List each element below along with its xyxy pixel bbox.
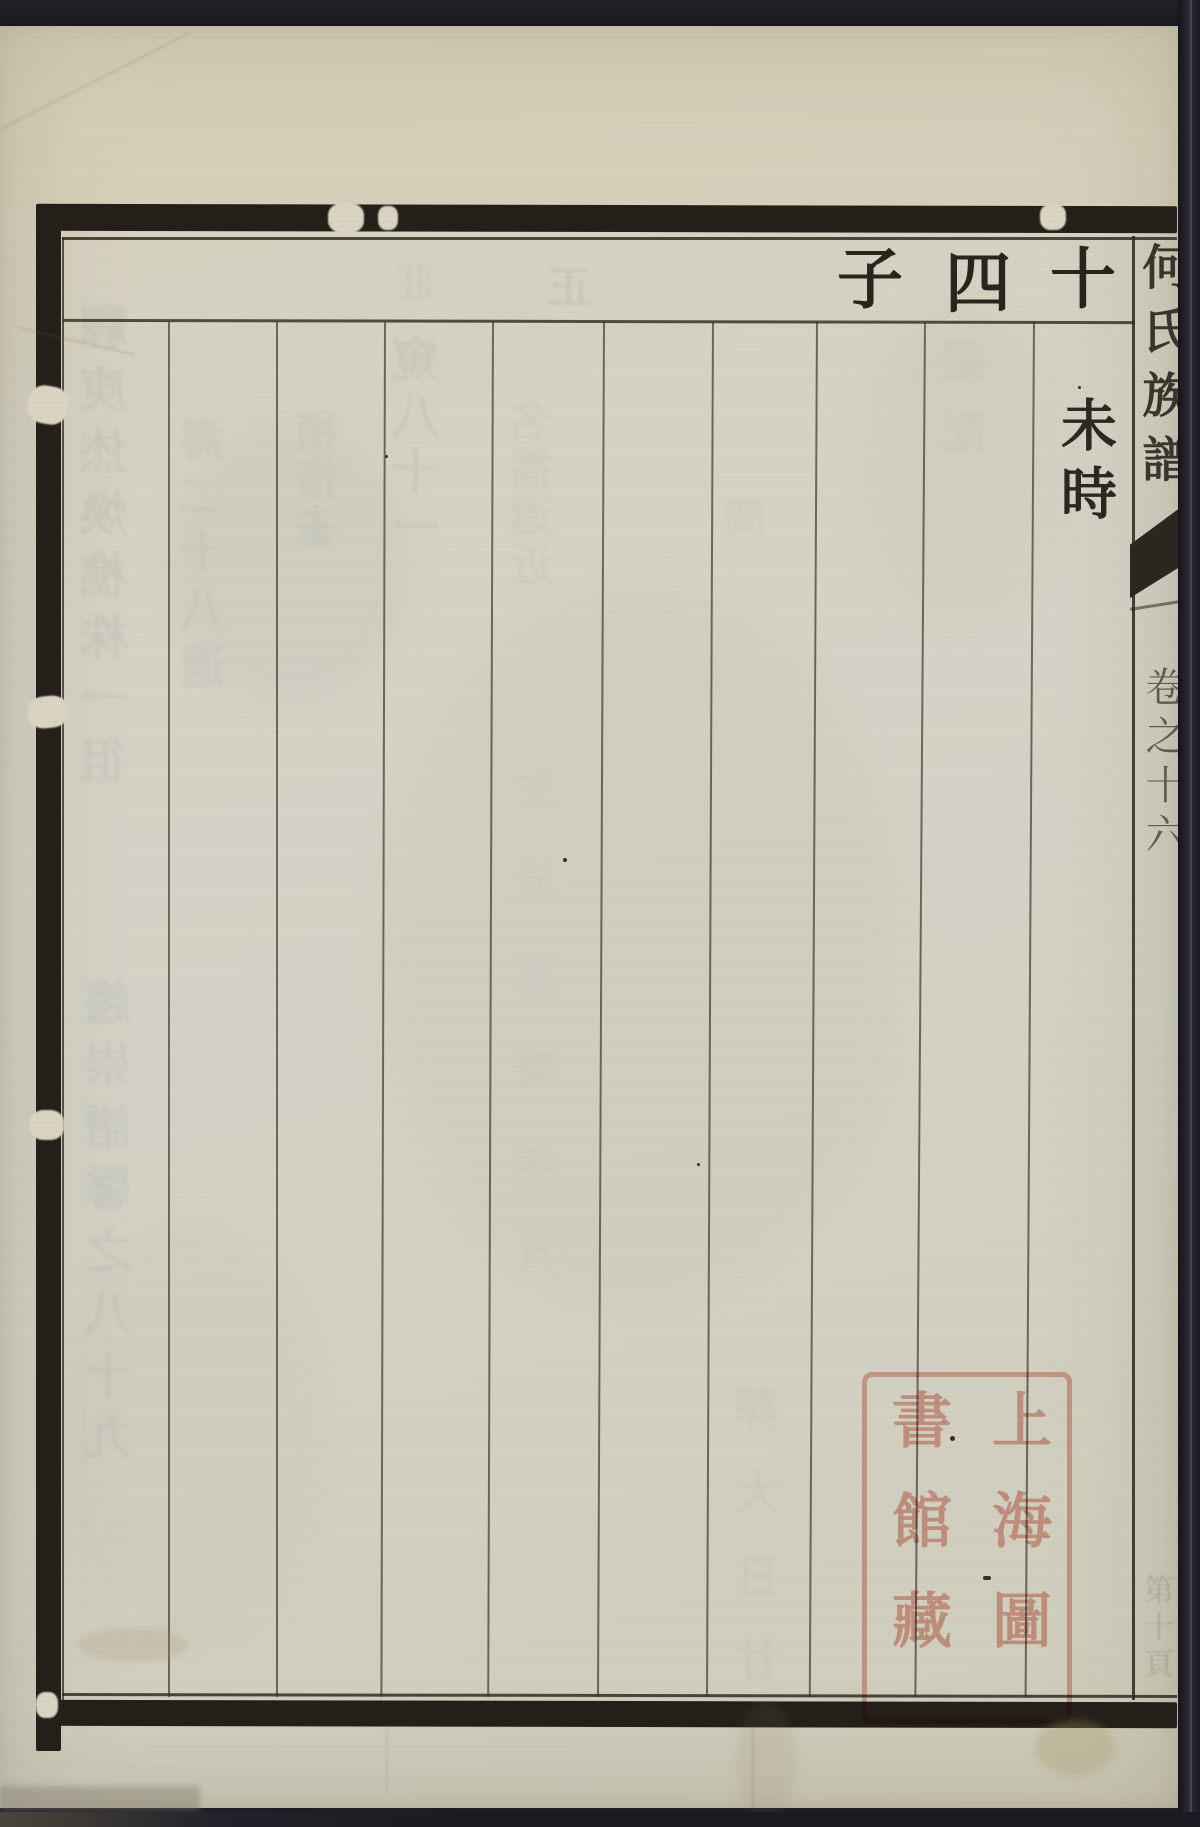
column-divider-line bbox=[276, 322, 278, 1697]
ink-speck bbox=[950, 1436, 955, 1441]
frame-left-border bbox=[36, 205, 61, 1751]
border-damage-chip bbox=[25, 383, 71, 427]
paper-stain bbox=[1035, 1720, 1115, 1775]
ink-speck bbox=[697, 1163, 700, 1166]
paper-crease bbox=[386, 1727, 388, 1793]
border-damage-chip bbox=[328, 203, 364, 233]
ink-speck bbox=[1078, 386, 1081, 389]
ghost-bleedthrough-text: 窺八十一 bbox=[396, 335, 444, 559]
border-damage-chip bbox=[1040, 204, 1066, 230]
ink-speck bbox=[563, 858, 567, 862]
ink-speck bbox=[385, 455, 388, 458]
scanned-genealogy-photo: 驛庾烋煥樵株一徂 趨崇譜馨之八十九 壽二十八適 稍愔雀 窺八十一 莊 正 名播遠… bbox=[0, 0, 1200, 1827]
seal-left-column: 書館藏 bbox=[887, 1389, 947, 1717]
column-divider-line bbox=[168, 322, 170, 1697]
paper-bottom-left-shadow bbox=[0, 1786, 200, 1812]
ghost-bleedthrough-text: 葬大日廿 bbox=[738, 1385, 784, 1721]
body-time-text: 未時 bbox=[1057, 396, 1113, 532]
paper-stain bbox=[736, 1700, 796, 1820]
header-cell-text: 四 bbox=[945, 250, 1011, 316]
border-damage-chip bbox=[30, 1110, 64, 1140]
frame-top-border bbox=[36, 204, 1177, 233]
frame-left-inner-line bbox=[62, 238, 64, 1700]
ghost-bleedthrough-text: 生於嘉慶年月 bbox=[518, 765, 560, 1329]
paper-stain bbox=[78, 1628, 188, 1662]
photo-right-edge bbox=[1178, 0, 1200, 1827]
ghost-bleedthrough-text: 正 bbox=[552, 264, 596, 308]
ghost-bleedthrough-text: 稍愔雀 bbox=[300, 408, 344, 552]
paper-mottle bbox=[380, 584, 900, 1304]
border-damage-chip bbox=[36, 1692, 58, 1718]
ink-speck bbox=[983, 1576, 991, 1580]
paper-top-margin-tint bbox=[0, 24, 1178, 209]
ghost-bleedthrough-text: 名播遠近 bbox=[514, 398, 558, 590]
ghost-bleedthrough-text: 壽二十八適 bbox=[182, 415, 228, 700]
ghost-bleedthrough-text: 驛庾烋煥樵株一徂 bbox=[84, 302, 132, 798]
ghost-bleedthrough-text: 莊 bbox=[398, 262, 438, 302]
ghost-bleedthrough-text: 趨崇譜馨之八十九 bbox=[88, 978, 136, 1474]
page-paper: 驛庾烋煥樵株一徂 趨崇譜馨之八十九 壽二十八適 稍愔雀 窺八十一 莊 正 名播遠… bbox=[0, 24, 1178, 1808]
banxin-page-number-ghost: 第十頁 bbox=[1140, 1574, 1170, 1685]
ghost-bleedthrough-text: 閏 bbox=[726, 496, 768, 538]
border-damage-chip bbox=[378, 206, 398, 230]
library-seal: 上海圖 書館藏 bbox=[862, 1372, 1072, 1724]
ghost-bleedthrough-text: 繼配 bbox=[946, 338, 990, 482]
photo-top-edge bbox=[0, 0, 1200, 26]
photo-bottom-edge bbox=[0, 1812, 1200, 1827]
frame-top-inner-line bbox=[62, 237, 1177, 240]
header-cell-text: 十 bbox=[1050, 246, 1116, 312]
paper-crease bbox=[752, 1727, 754, 1807]
seal-right-column: 上海圖 bbox=[987, 1389, 1047, 1717]
header-cell-text: 子 bbox=[837, 246, 903, 312]
fishtail-underline bbox=[1130, 600, 1180, 611]
banxin-volume-label: 卷之十六 bbox=[1142, 666, 1182, 862]
fishtail-mark bbox=[1130, 506, 1180, 598]
